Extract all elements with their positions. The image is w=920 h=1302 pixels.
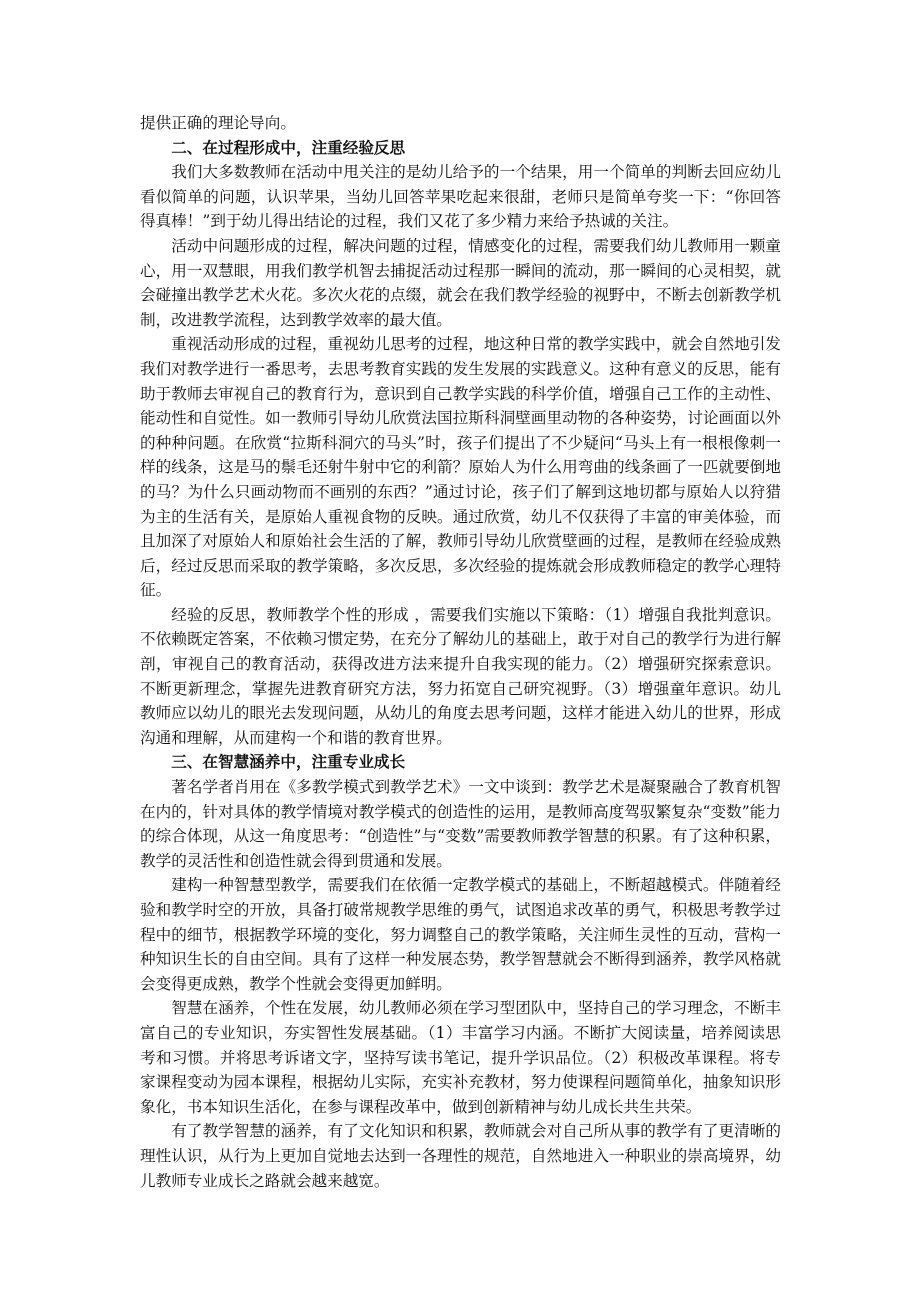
document-page: 提供正确的理论导向。 二、在过程形成中，注重经验反思 我们大多数教师在活动中甩关… xyxy=(140,111,781,1193)
paragraph: 建构一种智慧型教学，需要我们在依循一定教学模式的基础上，不断超越模式。伴随着经验… xyxy=(140,873,781,996)
paragraph: 经验的反思，教师教学个性的形成 ，需要我们实施以下策略：（1）增强自我批判意识。… xyxy=(140,603,781,751)
paragraph: 活动中问题形成的过程，解决问题的过程，情感变化的过程，需要我们幼儿教师用一颗童心… xyxy=(140,234,781,332)
section-heading-3: 三、在智慧涵养中，注重专业成长 xyxy=(140,750,781,775)
paragraph-continuation: 提供正确的理论导向。 xyxy=(140,111,781,136)
paragraph: 重视活动形成的过程，重视幼儿思考的过程，地这种日常的教学实践中，就会自然地引发我… xyxy=(140,332,781,603)
paragraph: 著名学者肖用在《多教学模式到教学艺术》一文中谈到：教学艺术是凝聚融合了教育机智在… xyxy=(140,775,781,873)
section-heading-2: 二、在过程形成中，注重经验反思 xyxy=(140,136,781,161)
paragraph: 我们大多数教师在活动中甩关注的是幼儿给予的一个结果，用一个简单的判断去回应幼儿看… xyxy=(140,160,781,234)
paragraph: 智慧在涵养，个性在发展，幼儿教师必须在学习型团队中，坚持自己的学习理念，不断丰富… xyxy=(140,996,781,1119)
paragraph: 有了教学智慧的涵养，有了文化知识和积累，教师就会对自己所从事的教学有了更清晰的理… xyxy=(140,1119,781,1193)
